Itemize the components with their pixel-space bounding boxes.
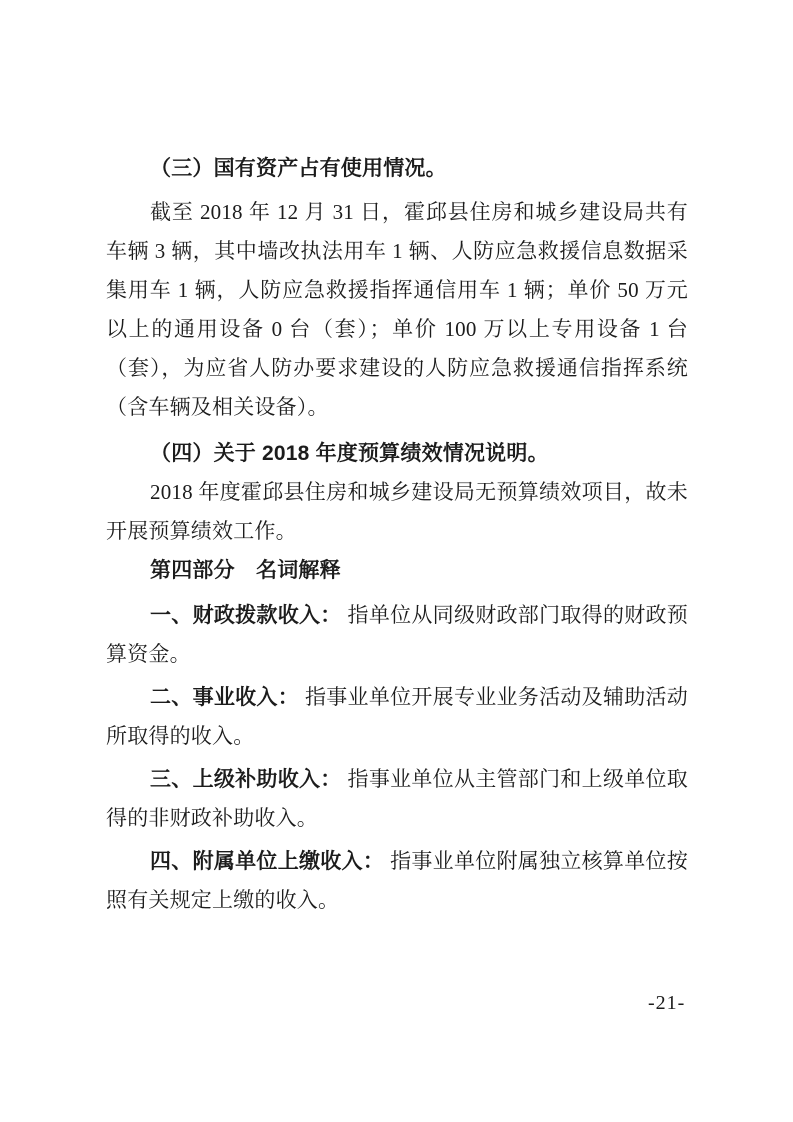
definition-term: 四、附属单位上缴收入： (150, 850, 384, 873)
definition-item-affiliated-unit-income: 四、附属单位上缴收入：指事业单位附属独立核算单位按照有关规定上缴的收入。 (106, 842, 688, 920)
definition-term: 二、事业收入： (150, 686, 299, 709)
document-page: （三）国有资产占有使用情况。 截至 2018 年 12 月 31 日，霍邱县住房… (0, 0, 793, 1122)
definition-term: 三、上级补助收入： (150, 768, 342, 791)
definition-item-fiscal-appropriation: 一、财政拨款收入：指单位从同级财政部门取得的财政预算资金。 (106, 596, 688, 674)
page-number: -21- (648, 992, 685, 1015)
section-heading-budget-performance: （四）关于 2018 年度预算绩效情况说明。 (106, 434, 688, 473)
section-heading-state-assets: （三）国有资产占有使用情况。 (106, 149, 688, 188)
definition-item-superior-subsidy: 三、上级补助收入：指事业单位从主管部门和上级单位取得的非财政补助收入。 (106, 760, 688, 838)
paragraph-state-assets: 截至 2018 年 12 月 31 日，霍邱县住房和城乡建设局共有车辆 3 辆，… (106, 193, 688, 427)
definition-item-business-income: 二、事业收入：指事业单位开展专业业务活动及辅助活动所取得的收入。 (106, 678, 688, 756)
document-content: （三）国有资产占有使用情况。 截至 2018 年 12 月 31 日，霍邱县住房… (106, 149, 688, 920)
paragraph-budget-performance: 2018 年度霍邱县住房和城乡建设局无预算绩效项目，故未开展预算绩效工作。 (106, 473, 688, 551)
part4-heading-glossary: 第四部分 名词解释 (106, 551, 688, 590)
definition-term: 一、财政拨款收入： (150, 604, 342, 627)
